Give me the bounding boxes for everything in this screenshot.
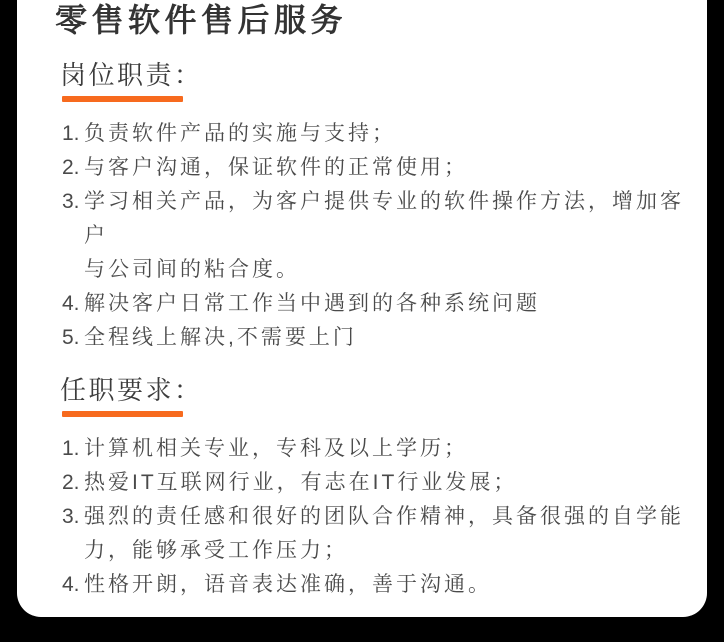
page-title: 零售软件售后服务 [55, 0, 697, 40]
item-text: 学习相关产品，为客户提供专业的软件操作方法，增加客户 与公司间的粘合度。 [84, 185, 697, 287]
item-text: 热爱IT互联网行业，有志在IT行业发展； [84, 466, 697, 500]
list-item: 4. 解决客户日常工作当中遇到的各种系统问题 [62, 287, 697, 321]
list-item: 4. 性格开朗，语音表达准确，善于沟通。 [62, 568, 697, 602]
item-number: 4. [62, 287, 84, 321]
item-number: 5. [62, 321, 84, 355]
heading-underline [62, 96, 183, 102]
item-number: 2. [62, 466, 84, 500]
item-text: 计算机相关专业，专科及以上学历； [84, 432, 697, 466]
item-number: 3. [62, 185, 84, 219]
section-requirements: 任职要求： 1. 计算机相关专业，专科及以上学历； 2. 热爱IT互联网行业，有… [62, 374, 697, 602]
item-text: 解决客户日常工作当中遇到的各种系统问题 [84, 287, 697, 321]
item-number: 3. [62, 500, 84, 534]
section-heading-requirements: 任职要求： [60, 374, 697, 406]
item-number: 4. [62, 568, 84, 602]
list-item: 2. 热爱IT互联网行业，有志在IT行业发展； [62, 466, 697, 500]
list-item: 2. 与客户沟通，保证软件的正常使用； [62, 151, 697, 185]
page-background: 零售软件售后服务 岗位职责： 1. 负责软件产品的实施与支持； 2. 与客户沟通… [0, 0, 724, 642]
requirements-list: 1. 计算机相关专业，专科及以上学历； 2. 热爱IT互联网行业，有志在IT行业… [62, 432, 697, 602]
item-number: 2. [62, 151, 84, 185]
item-text: 强烈的责任感和很好的团队合作精神，具备很强的自学能 力，能够承受工作压力； [84, 500, 697, 568]
content-card: 零售软件售后服务 岗位职责： 1. 负责软件产品的实施与支持； 2. 与客户沟通… [17, 0, 707, 617]
section-heading-responsibilities: 岗位职责： [60, 59, 697, 91]
list-item: 3. 强烈的责任感和很好的团队合作精神，具备很强的自学能 力，能够承受工作压力； [62, 500, 697, 568]
item-text: 性格开朗，语音表达准确，善于沟通。 [84, 568, 697, 602]
list-item: 1. 负责软件产品的实施与支持； [62, 117, 697, 151]
list-item: 5. 全程线上解决,不需要上门 [62, 321, 697, 355]
list-item: 3. 学习相关产品，为客户提供专业的软件操作方法，增加客户 与公司间的粘合度。 [62, 185, 697, 287]
item-text: 负责软件产品的实施与支持； [84, 117, 697, 151]
item-text: 与客户沟通，保证软件的正常使用； [84, 151, 697, 185]
item-number: 1. [62, 117, 84, 151]
list-item: 1. 计算机相关专业，专科及以上学历； [62, 432, 697, 466]
item-text: 全程线上解决,不需要上门 [84, 321, 697, 355]
heading-underline [62, 411, 183, 417]
section-responsibilities: 岗位职责： 1. 负责软件产品的实施与支持； 2. 与客户沟通，保证软件的正常使… [62, 59, 697, 355]
item-number: 1. [62, 432, 84, 466]
responsibilities-list: 1. 负责软件产品的实施与支持； 2. 与客户沟通，保证软件的正常使用； 3. … [62, 117, 697, 355]
